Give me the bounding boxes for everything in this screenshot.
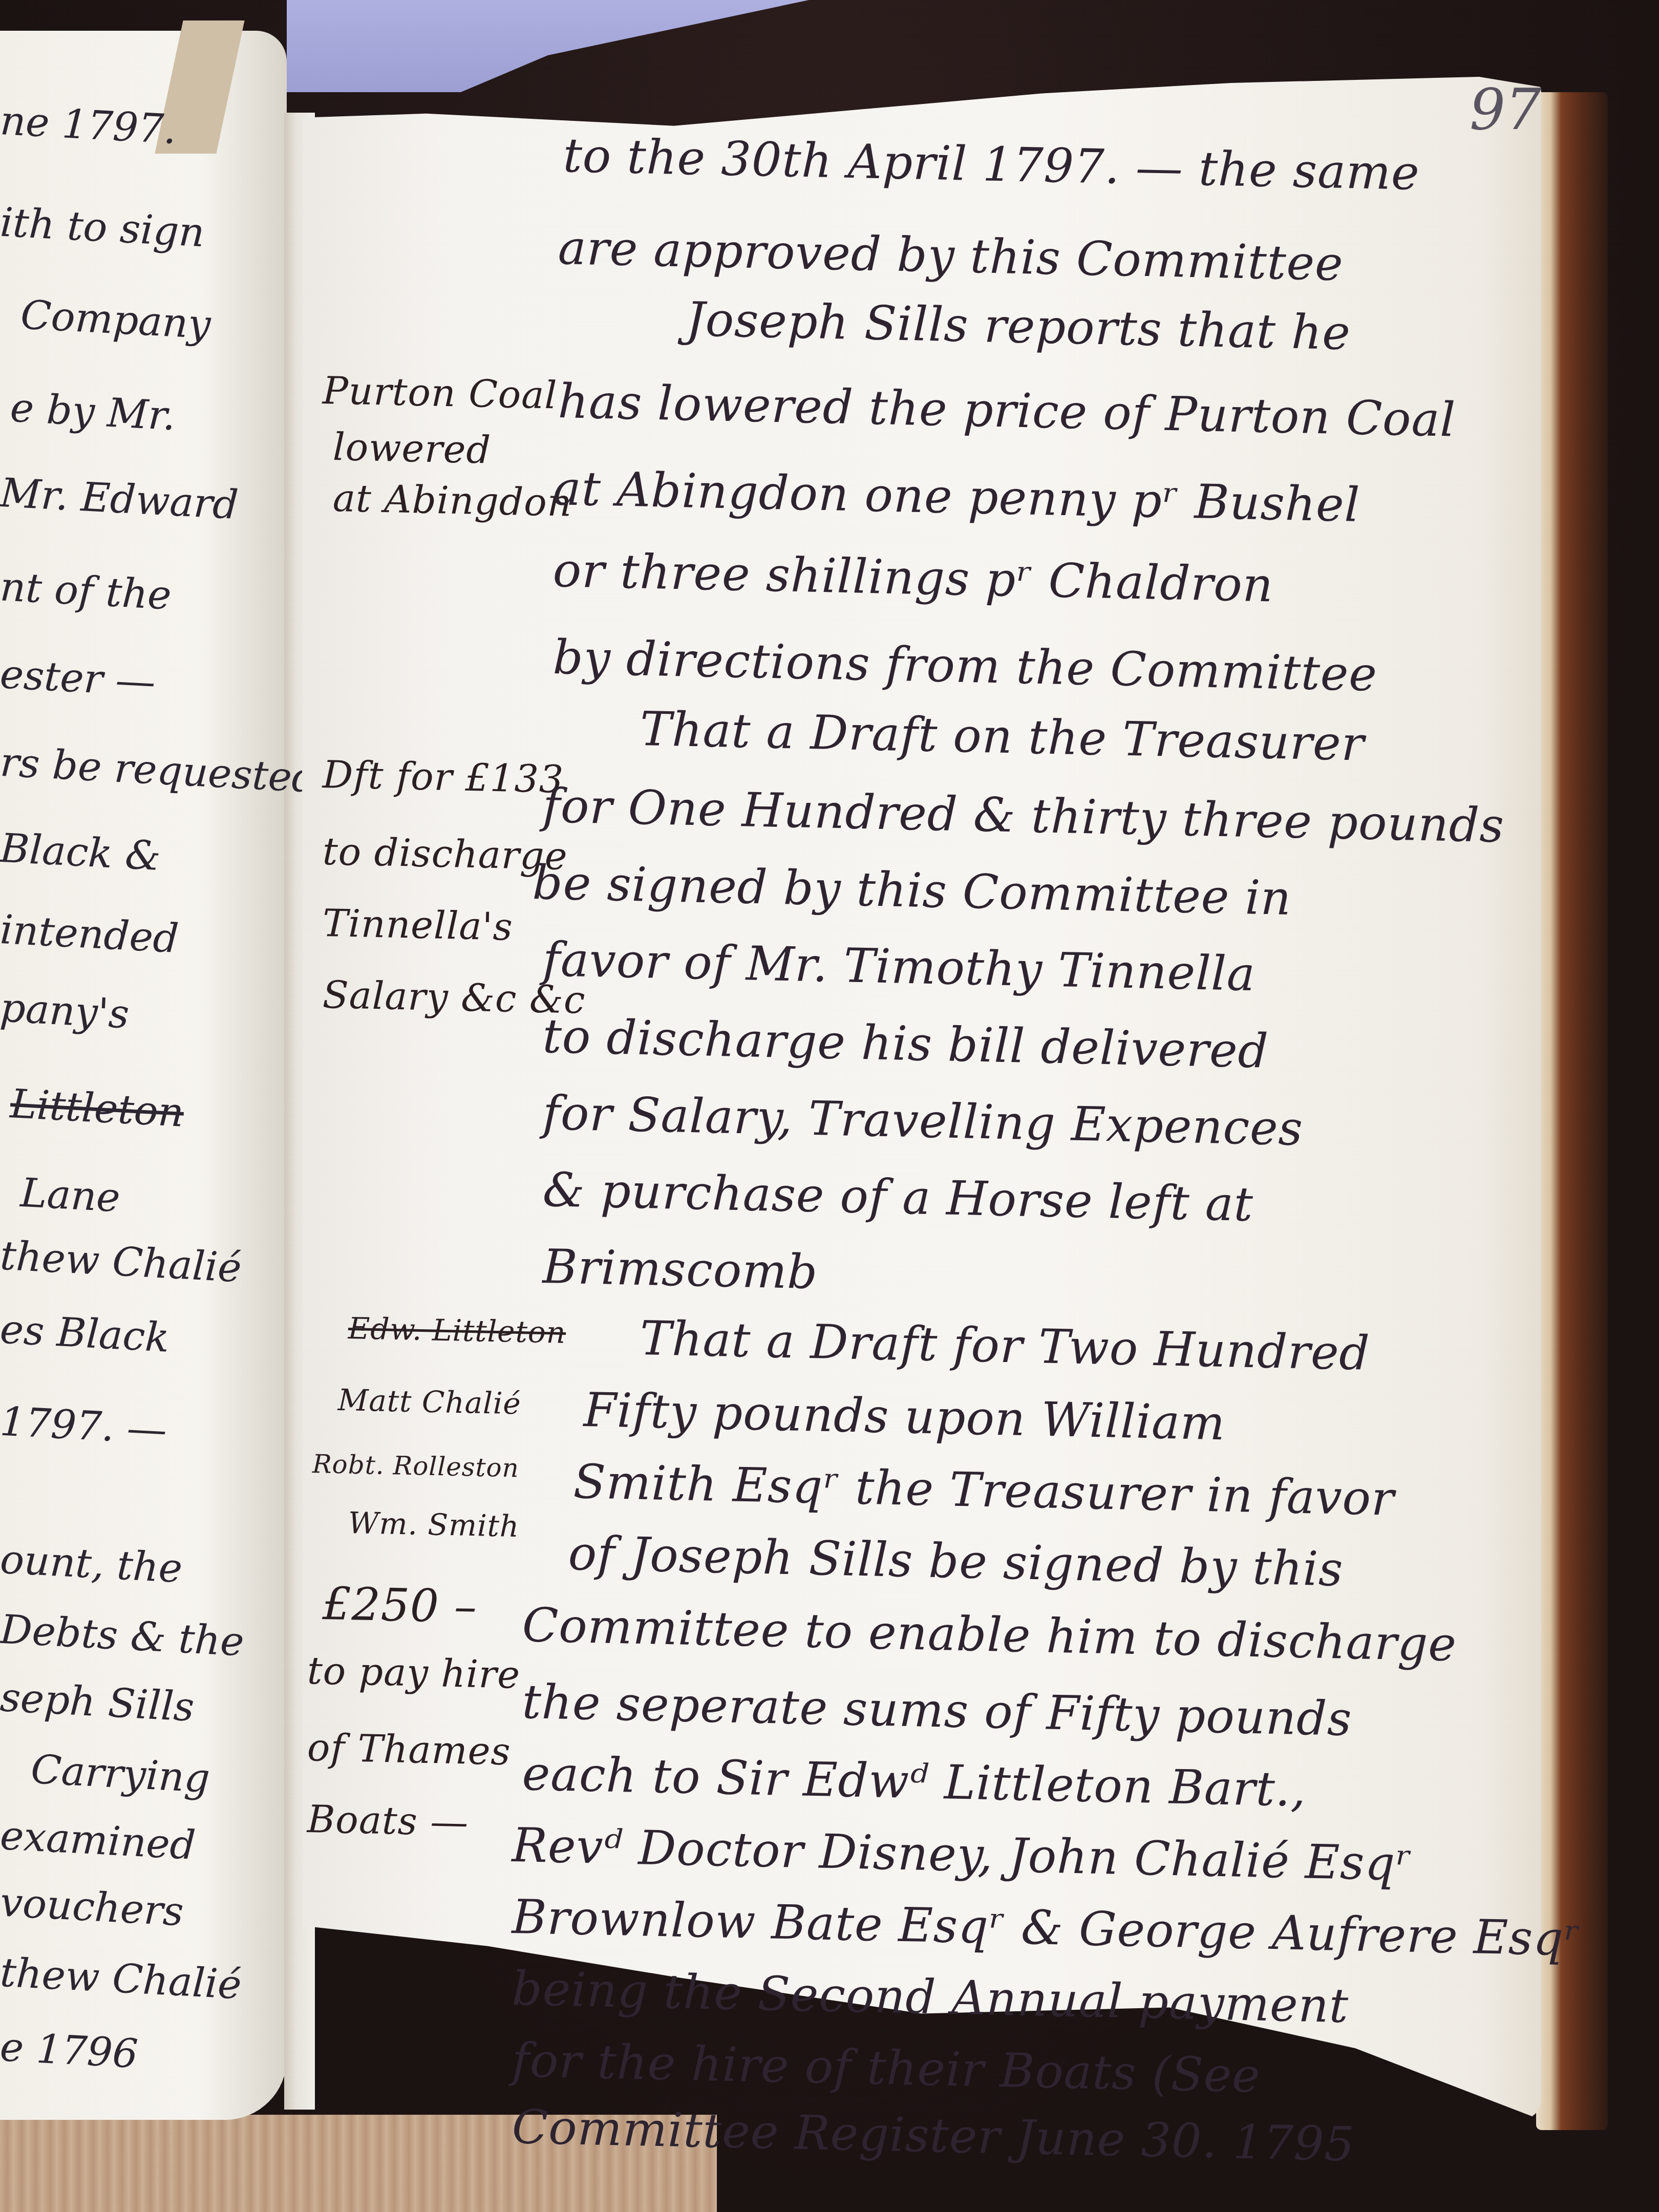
left-fragment: es Black bbox=[0, 1306, 171, 1361]
margin-line: Dft for £133 bbox=[322, 753, 564, 802]
left-fragment: Carrying bbox=[30, 1747, 211, 1802]
body-line: Brimscomb bbox=[542, 1239, 819, 1300]
left-fragment: nt of the bbox=[0, 564, 173, 619]
left-fragment: intended bbox=[0, 907, 180, 962]
left-fragment: 1797. — bbox=[0, 1399, 168, 1454]
margin-line: Tinnella's bbox=[322, 901, 514, 949]
left-fragment: ount, the bbox=[0, 1537, 183, 1592]
margin-line: Robt. Rolleston bbox=[312, 1449, 519, 1483]
margin-line: lowered bbox=[332, 425, 492, 472]
margin-line: of Thames bbox=[307, 1726, 511, 1774]
left-fragment: ne 1797. bbox=[0, 98, 178, 153]
left-fragment: e by Mr. bbox=[9, 385, 177, 440]
margin-line: at Abingdon bbox=[332, 476, 572, 525]
margin-line: £250 – bbox=[322, 1577, 478, 1633]
left-fragment: pany's bbox=[0, 985, 130, 1037]
margin-line: to discharge bbox=[322, 829, 568, 879]
left-fragment: vouchers bbox=[0, 1880, 185, 1936]
left-fragment: Black & bbox=[0, 825, 162, 880]
left-fragment-struck: Littleton bbox=[9, 1081, 185, 1136]
margin-line: Purton Coal bbox=[322, 369, 558, 418]
page-number: 97 bbox=[1470, 77, 1541, 142]
margin-line: Boats — bbox=[307, 1797, 469, 1845]
margin-line: Matt Chalié bbox=[337, 1382, 521, 1421]
left-fragment: Lane bbox=[19, 1170, 121, 1221]
margin-line: to pay hire bbox=[307, 1649, 521, 1697]
book-binding-edge bbox=[1536, 92, 1608, 2130]
margin-line: Wm. Smith bbox=[348, 1505, 520, 1544]
left-fragment: ester — bbox=[0, 651, 157, 706]
margin-line: Edw. Littleton bbox=[348, 1311, 566, 1350]
left-fragment: e 1796 bbox=[0, 2024, 139, 2077]
